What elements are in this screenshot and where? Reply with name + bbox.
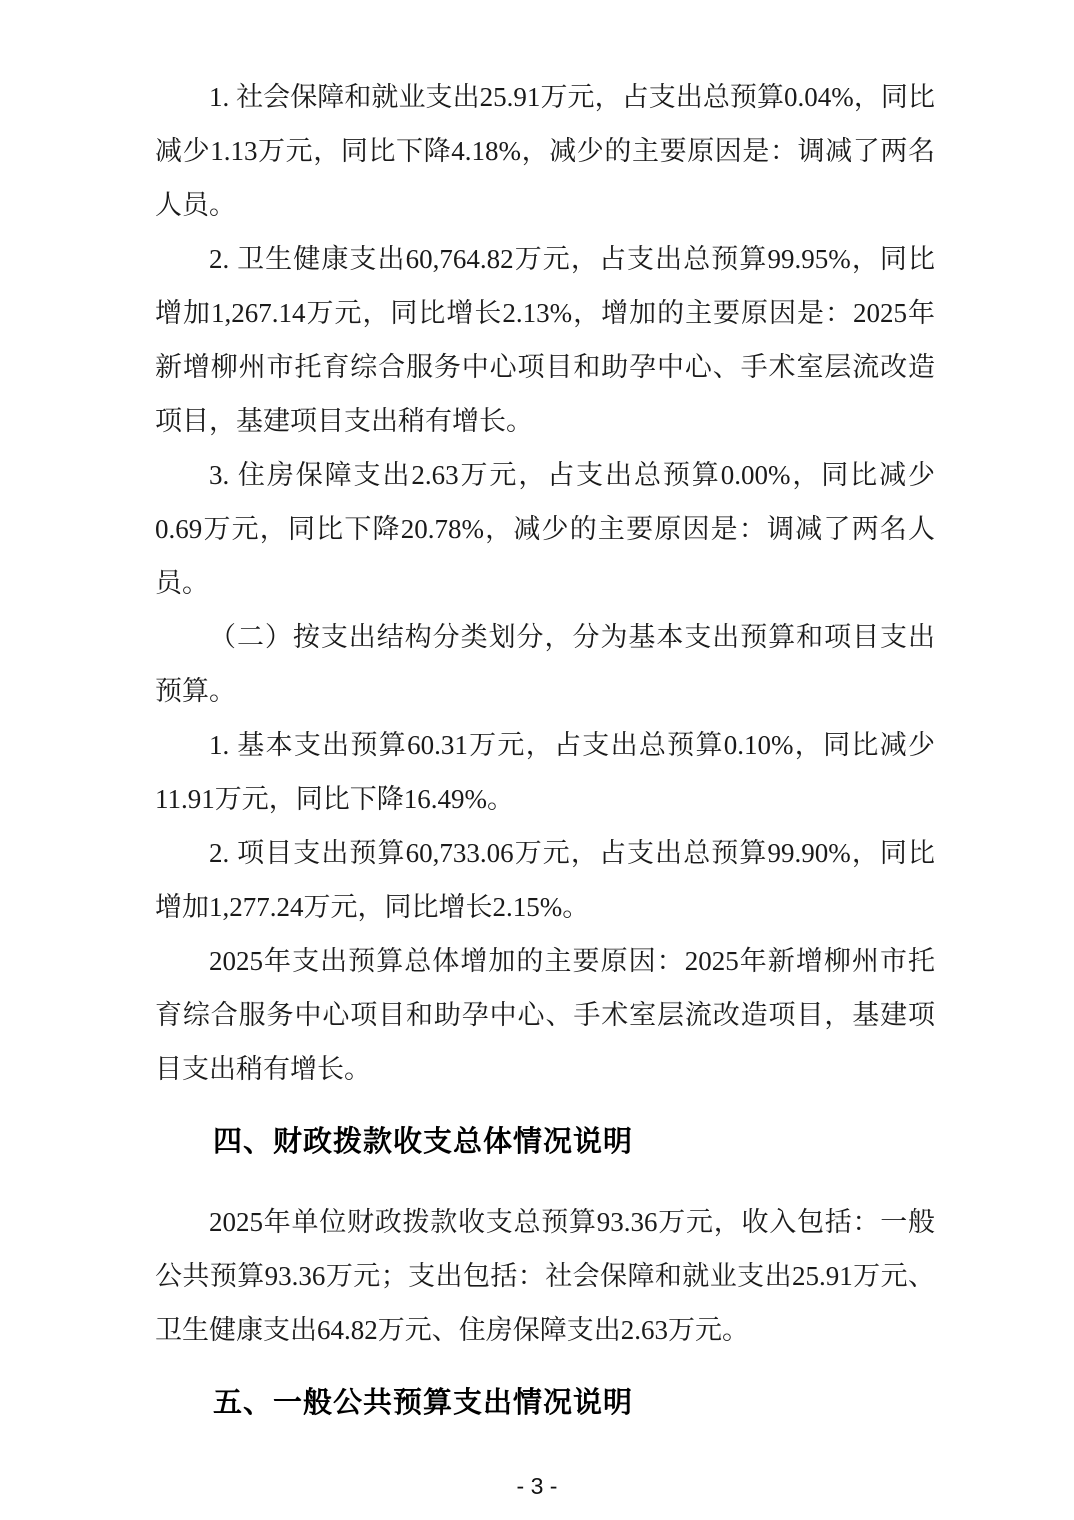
section-heading-fiscal-appropriation: 四、财政拨款收支总体情况说明 xyxy=(155,1115,935,1169)
paragraph-expense-structure-intro: （二）按支出结构分类划分，分为基本支出预算和项目支出预算。 xyxy=(155,610,935,718)
paragraph-basic-expense-budget: 1. 基本支出预算60.31万元，占支出总预算0.10%，同比减少11.91万元… xyxy=(155,718,935,826)
paragraph-housing-expense: 3. 住房保障支出2.63万元，占支出总预算0.00%，同比减少0.69万元，同… xyxy=(155,448,935,610)
paragraph-project-expense-budget: 2. 项目支出预算60,733.06万元，占支出总预算99.90%，同比增加1,… xyxy=(155,826,935,934)
paragraph-social-security-expense: 1. 社会保障和就业支出25.91万元，占支出总预算0.04%，同比减少1.13… xyxy=(155,70,935,232)
paragraph-fiscal-appropriation-summary: 2025年单位财政拨款收支总预算93.36万元，收入包括：一般公共预算93.36… xyxy=(155,1195,935,1357)
document-body: 1. 社会保障和就业支出25.91万元，占支出总预算0.04%，同比减少1.13… xyxy=(155,70,935,1456)
paragraph-health-expense: 2. 卫生健康支出60,764.82万元，占支出总预算99.95%，同比增加1,… xyxy=(155,232,935,448)
section-heading-general-public-budget: 五、一般公共预算支出情况说明 xyxy=(155,1376,935,1430)
paragraph-budget-increase-reason: 2025年支出预算总体增加的主要原因：2025年新增柳州市托育综合服务中心项目和… xyxy=(155,934,935,1096)
document-page: 1. 社会保障和就业支出25.91万元，占支出总预算0.04%，同比减少1.13… xyxy=(0,0,1074,1520)
page-number: - 3 - xyxy=(0,1472,1074,1500)
